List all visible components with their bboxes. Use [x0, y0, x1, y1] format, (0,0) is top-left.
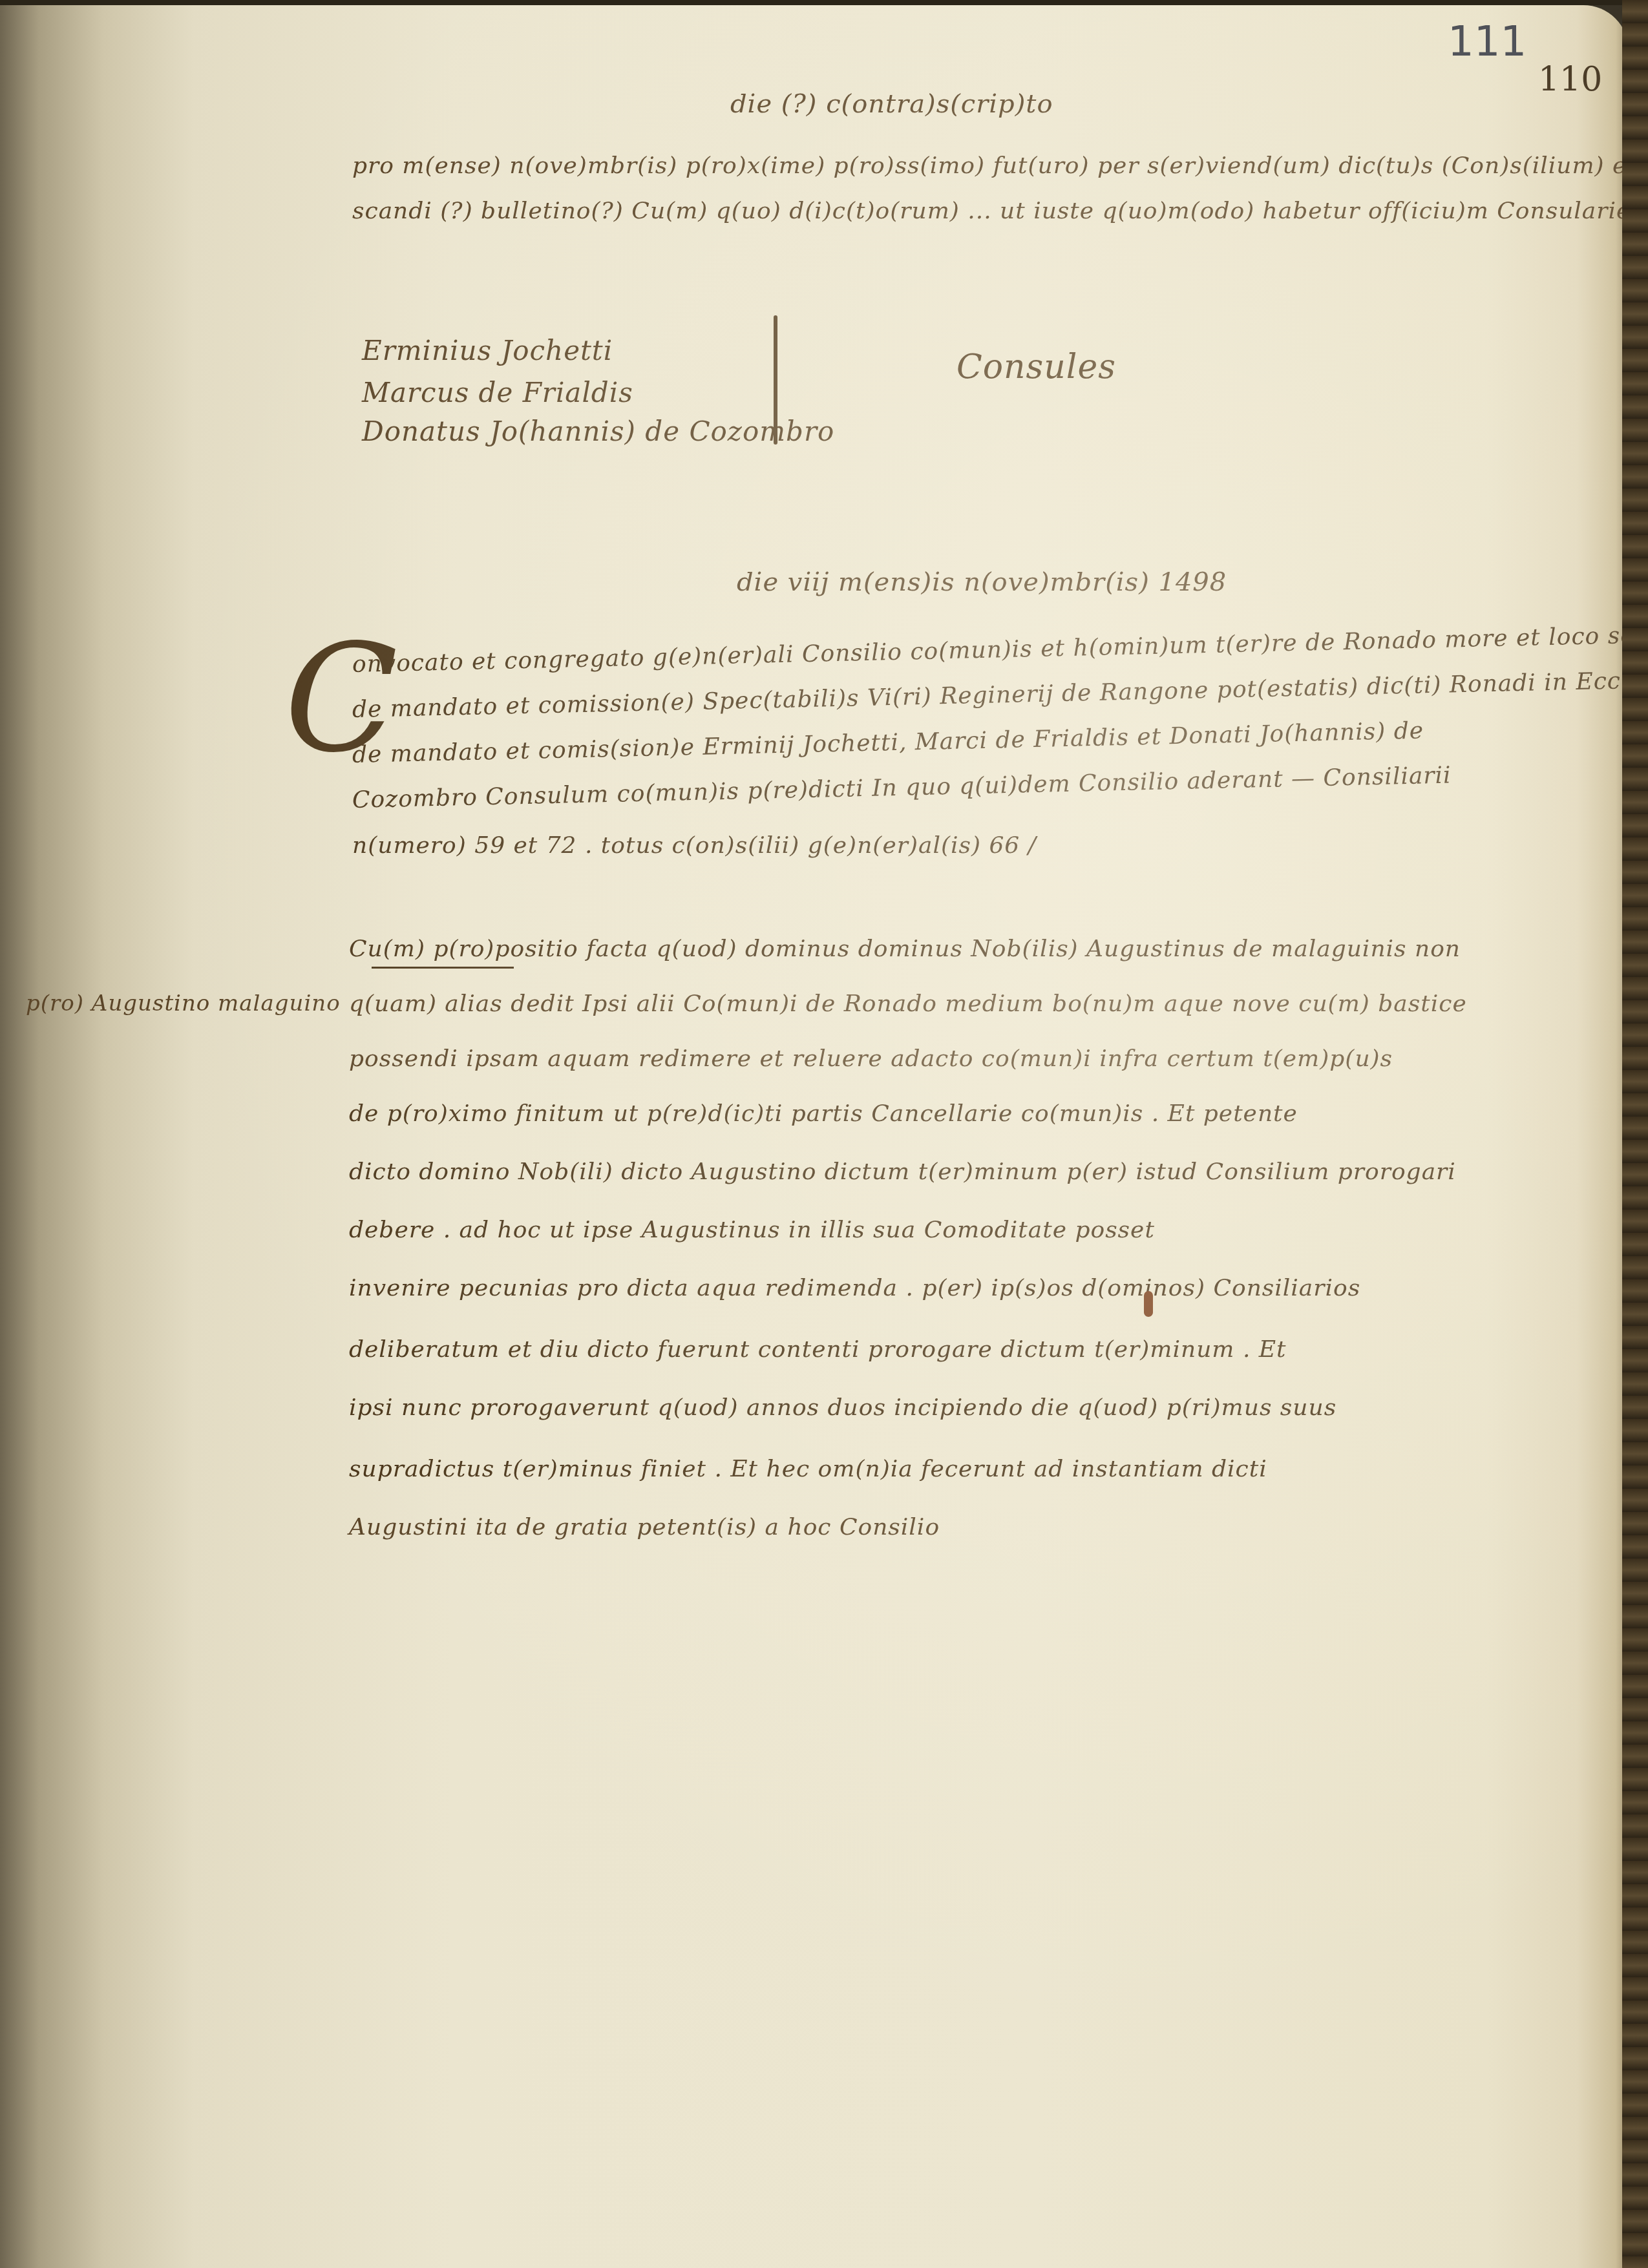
page-edge [1622, 0, 1648, 2268]
entry-3-line-2: q(uam) alias dedit Ipsi alii Co(mun)i de… [349, 991, 1467, 1017]
entry-2-line-2: de mandato et comission(e) Spec(tabili)s… [352, 666, 1648, 723]
entry-3-line-10: supradictus t(er)minus finiet . Et hec o… [349, 1456, 1267, 1482]
entry-3-line-7: invenire pecunias pro dicta aqua redimen… [349, 1275, 1360, 1301]
entry-3-line-1: Cu(m) p(ro)positio facta q(uod) dominus … [349, 936, 1461, 962]
entry-3-line-11: Augustini ita de gratia petent(is) a hoc… [349, 1514, 940, 1540]
folio-number-ink: 110 [1538, 60, 1602, 99]
entry-2-line-4: Cozombro Consulum co(mun)is p(re)dicti I… [352, 762, 1452, 814]
entry-2-line-3: de mandato et comis(sion)e Erminij Joche… [352, 717, 1424, 768]
consules-label: Consules [956, 348, 1116, 386]
entry-2-line-5: n(umero) 59 et 72 . totus c(on)s(ilii) g… [352, 832, 1037, 859]
entry-3-line-6: debere . ad hoc ut ipse Augustinus in il… [349, 1217, 1155, 1243]
manuscript-page: 111 110 die (?) c(ontra)s(crip)to pro m(… [0, 5, 1629, 2268]
entry-3-line-5: dicto domino Nob(ili) dicto Augustino di… [349, 1159, 1456, 1185]
date-line: die viij m(ens)is n(ove)mbr(is) 1498 [737, 567, 1227, 597]
entry-3-line-8: deliberatum et diu dicto fuerunt content… [349, 1336, 1287, 1363]
ink-blot [1144, 1291, 1153, 1317]
entry-3-line-9: ipsi nunc prorogaverunt q(uod) annos duo… [349, 1394, 1336, 1421]
entry-3-line-4: de p(ro)ximo finitum ut p(re)d(ic)ti par… [349, 1100, 1298, 1127]
brace-divider [774, 315, 777, 445]
folio-number-pencil: 111 [1448, 18, 1527, 66]
entry-1-line-1: pro m(ense) n(ove)mbr(is) p(ro)x(ime) p(… [352, 152, 1648, 179]
entry-1-line-2: scandi (?) bulletino(?) Cu(m) q(uo) d(i)… [352, 198, 1648, 224]
margin-note: p(ro) Augustino malaguino [26, 991, 341, 1016]
entry-3-line-3: possendi ipsam aquam redimere et reluere… [349, 1045, 1393, 1072]
heading-top: die (?) c(ontra)s(crip)to [730, 89, 1053, 119]
strikethrough-mark [372, 967, 514, 969]
consul-name-3: Donatus Jo(hannis) de Cozombro [362, 415, 834, 447]
consul-name-2: Marcus de Frialdis [362, 377, 633, 408]
entry-2-line-1: onvocato et congregato g(e)n(er)ali Cons… [352, 622, 1648, 678]
consul-name-1: Erminius Jochetti [362, 335, 613, 366]
